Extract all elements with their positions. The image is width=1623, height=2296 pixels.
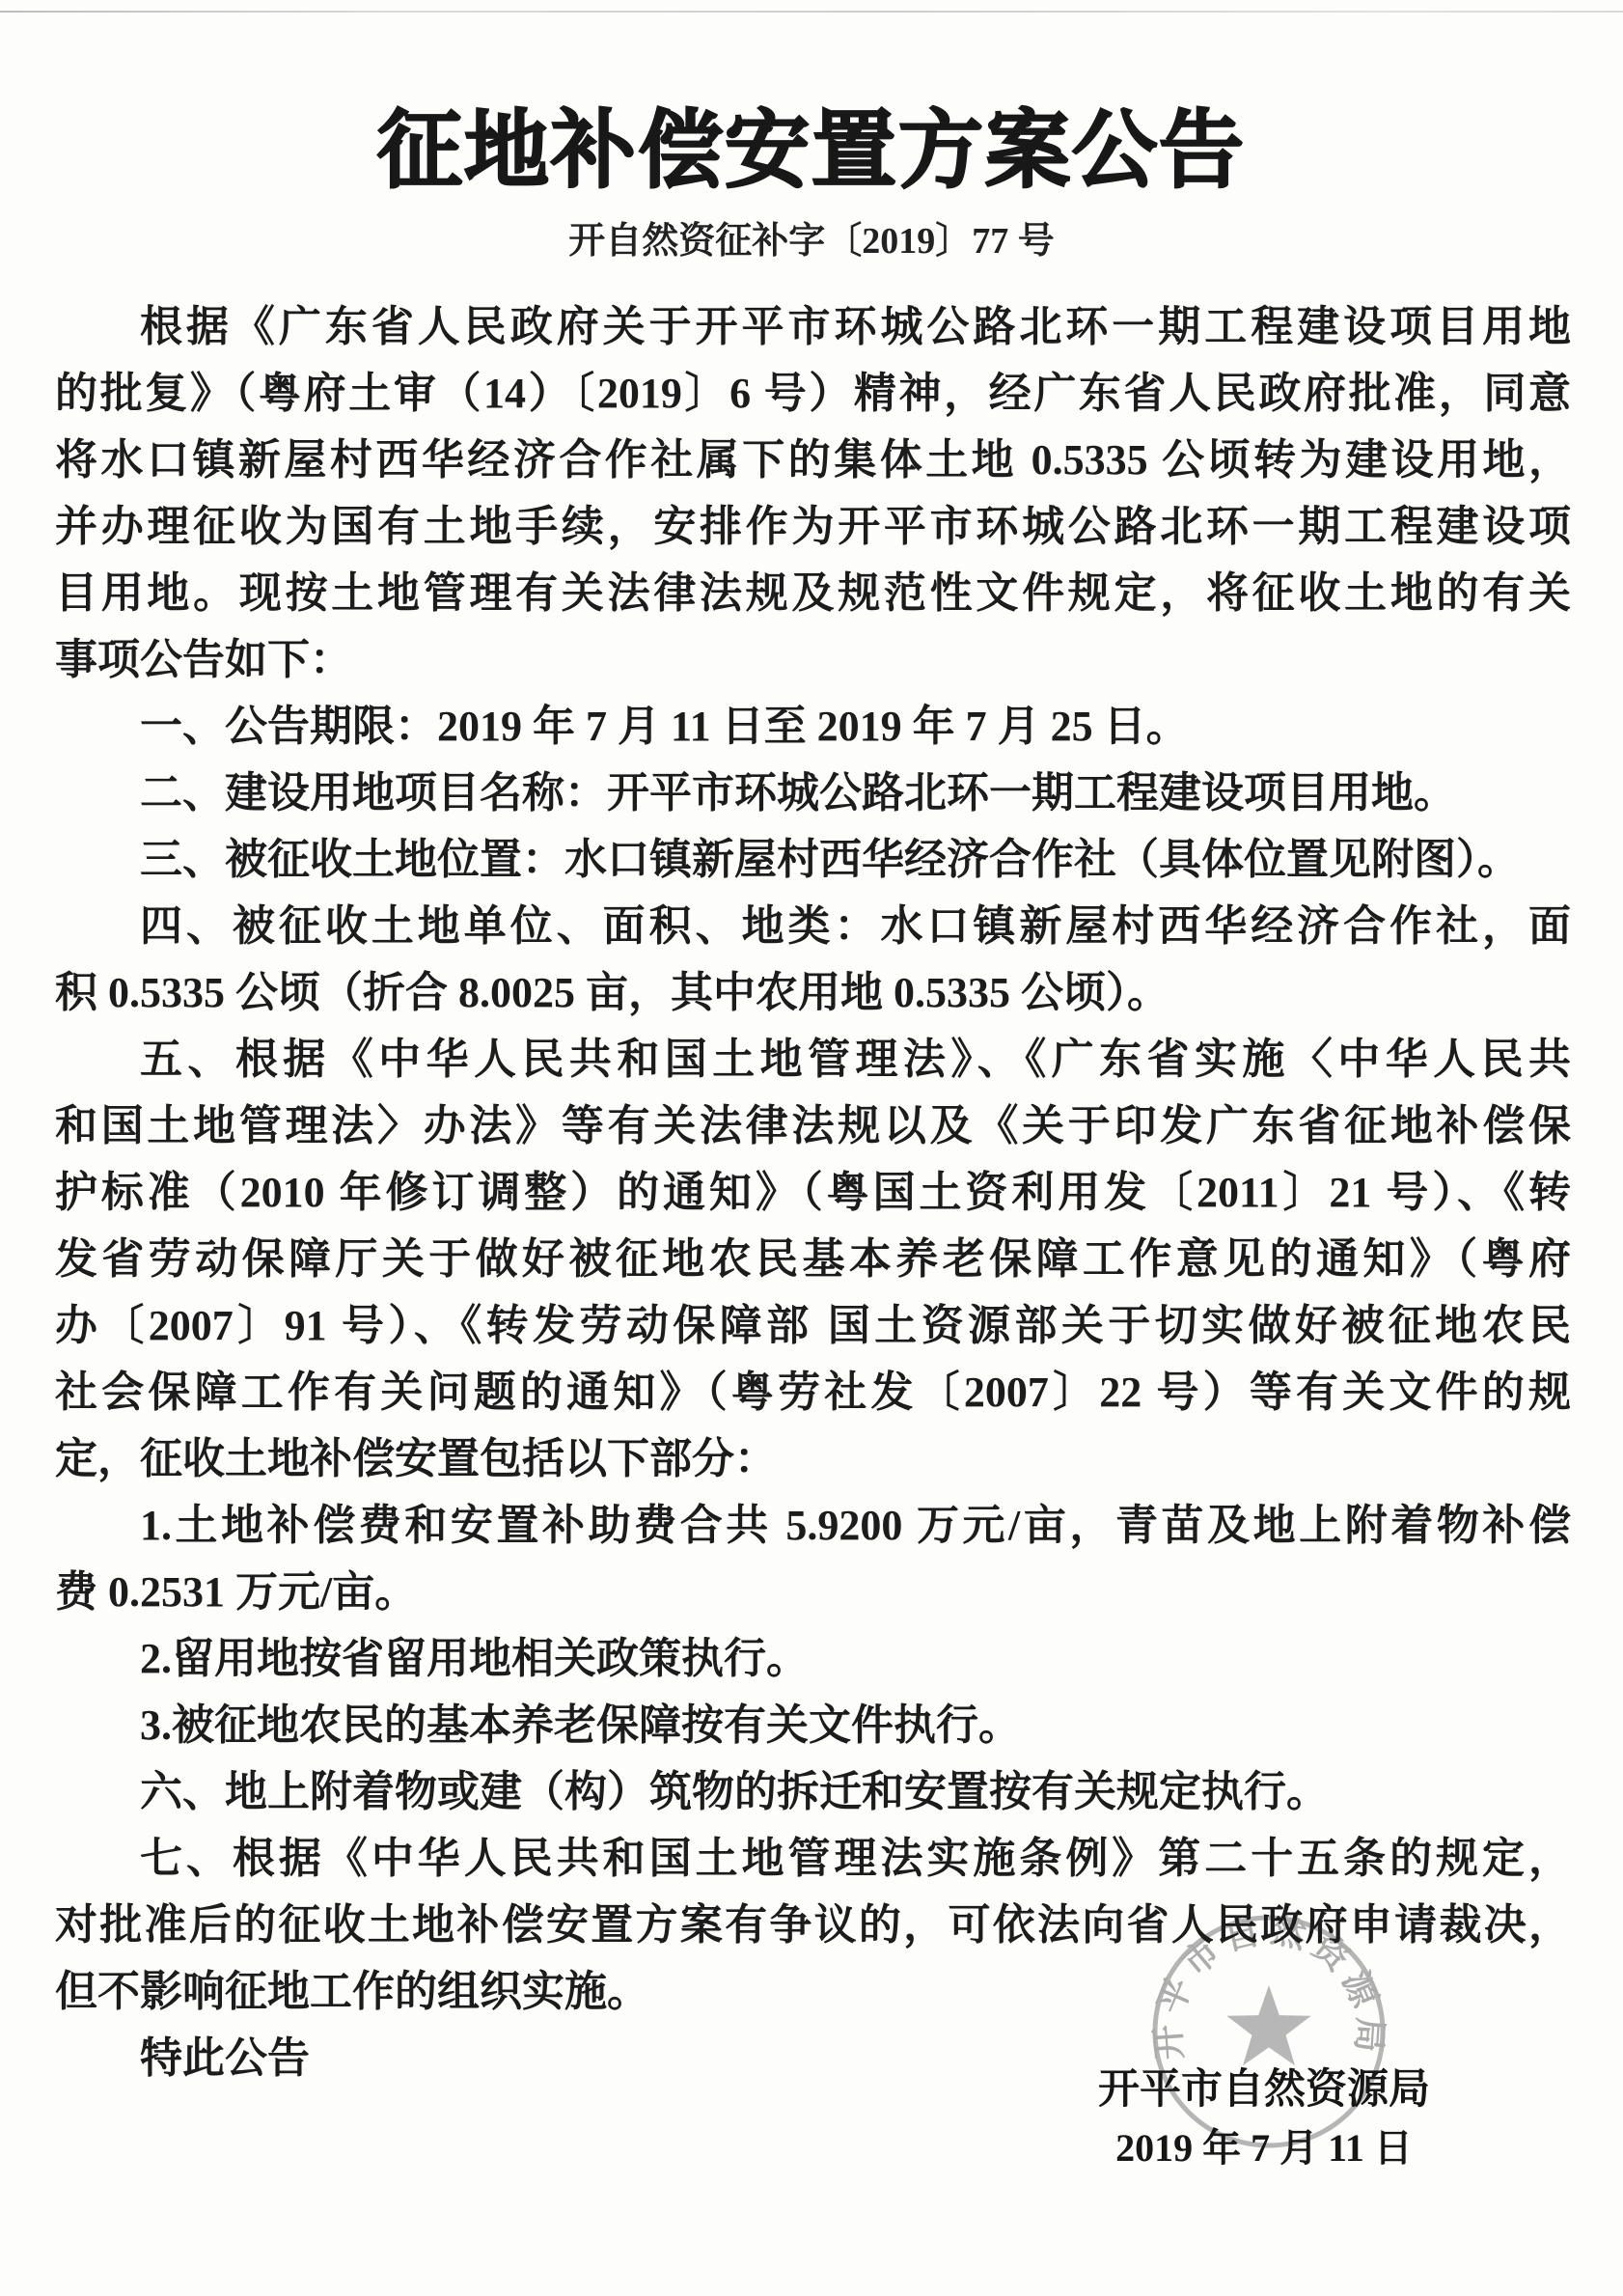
body-line: 事项公告如下：	[55, 626, 1571, 693]
body-line: 对批准后的征收土地补偿安置方案有争议的，可依法向省人民政府申请裁决，	[55, 1892, 1571, 1958]
body-line: 三、被征收土地位置：水口镇新屋村西华经济合作社（具体位置见附图）。	[55, 826, 1571, 893]
body-text: 根据《广东省人民政府关于开平市环城公路北环一期工程建设项目用地的批复》（粤府土审…	[55, 293, 1571, 2091]
issuer-name: 开平市自然资源局	[1098, 2061, 1430, 2119]
page-title: 征地补偿安置方案公告	[0, 83, 1623, 205]
body-line: 并办理征收为国有土地手续，安排作为开平市环城公路北环一期工程建设项	[55, 493, 1571, 560]
announcement-document: 征地补偿安置方案公告 开自然资征补字〔2019〕77 号 开平市自然资源局 根据…	[0, 0, 1623, 2296]
body-line: 积 0.5335 公顷（折合 8.0025 亩，其中农用地 0.5335 公顷）…	[55, 959, 1571, 1026]
body-line: 根据《广东省人民政府关于开平市环城公路北环一期工程建设项目用地	[55, 293, 1571, 360]
body-line: 目用地。现按土地管理有关法律法规及规范性文件规定，将征收土地的有关	[55, 560, 1571, 626]
body-line: 定，征收土地补偿安置包括以下部分：	[55, 1425, 1571, 1492]
body-line: 四、被征收土地单位、面积、地类：水口镇新屋村西华经济合作社，面	[55, 893, 1571, 959]
body-line: 1.土地补偿费和安置补助费合共 5.9200 万元/亩，青苗及地上附着物补偿	[55, 1492, 1571, 1559]
body-line: 一、公告期限：2019 年 7 月 11 日至 2019 年 7 月 25 日。	[55, 693, 1571, 760]
body-line: 将水口镇新屋村西华经济合作社属下的集体土地 0.5335 公顷转为建设用地，	[55, 427, 1571, 493]
body-line: 发省劳动保障厅关于做好被征地农民基本养老保障工作意见的通知》（粤府	[55, 1226, 1571, 1292]
signature-block: 开平市自然资源局 2019 年 7 月 11 日	[1098, 2061, 1430, 2177]
body-line: 五、根据《中华人民共和国土地管理法》、《广东省实施〈中华人民共	[55, 1026, 1571, 1093]
issue-date: 2019 年 7 月 11 日	[1098, 2119, 1430, 2177]
body-line: 2.留用地按省留用地相关政策执行。	[55, 1625, 1571, 1692]
body-line: 六、地上附着物或建（构）筑物的拆迁和安置按有关规定执行。	[55, 1758, 1571, 1825]
scan-artifact-line	[0, 11, 1623, 13]
body-line: 护标准（2010 年修订调整）的通知》（粤国土资利用发〔2011〕21 号）、《…	[55, 1159, 1571, 1226]
body-line: 费 0.2531 万元/亩。	[55, 1559, 1571, 1625]
body-line: 二、建设用地项目名称：开平市环城公路北环一期工程建设项目用地。	[55, 760, 1571, 826]
body-line: 办〔2007〕91 号）、《转发劳动保障部 国土资源部关于切实做好被征地农民	[55, 1292, 1571, 1359]
body-line: 的批复》（粤府土审（14）〔2019〕6 号）精神，经广东省人民政府批准，同意	[55, 360, 1571, 427]
body-line: 社会保障工作有关问题的通知》（粤劳社发〔2007〕22 号）等有关文件的规	[55, 1359, 1571, 1425]
body-line: 七、根据《中华人民共和国土地管理法实施条例》第二十五条的规定，	[55, 1825, 1571, 1892]
body-line: 但不影响征地工作的组织实施。	[55, 1958, 1571, 2025]
body-line: 和国土地管理法〉办法》等有关法律法规以及《关于印发广东省征地补偿保	[55, 1093, 1571, 1159]
document-number: 开自然资征补字〔2019〕77 号	[0, 210, 1623, 263]
body-line: 3.被征地农民的基本养老保障按有关文件执行。	[55, 1692, 1571, 1758]
